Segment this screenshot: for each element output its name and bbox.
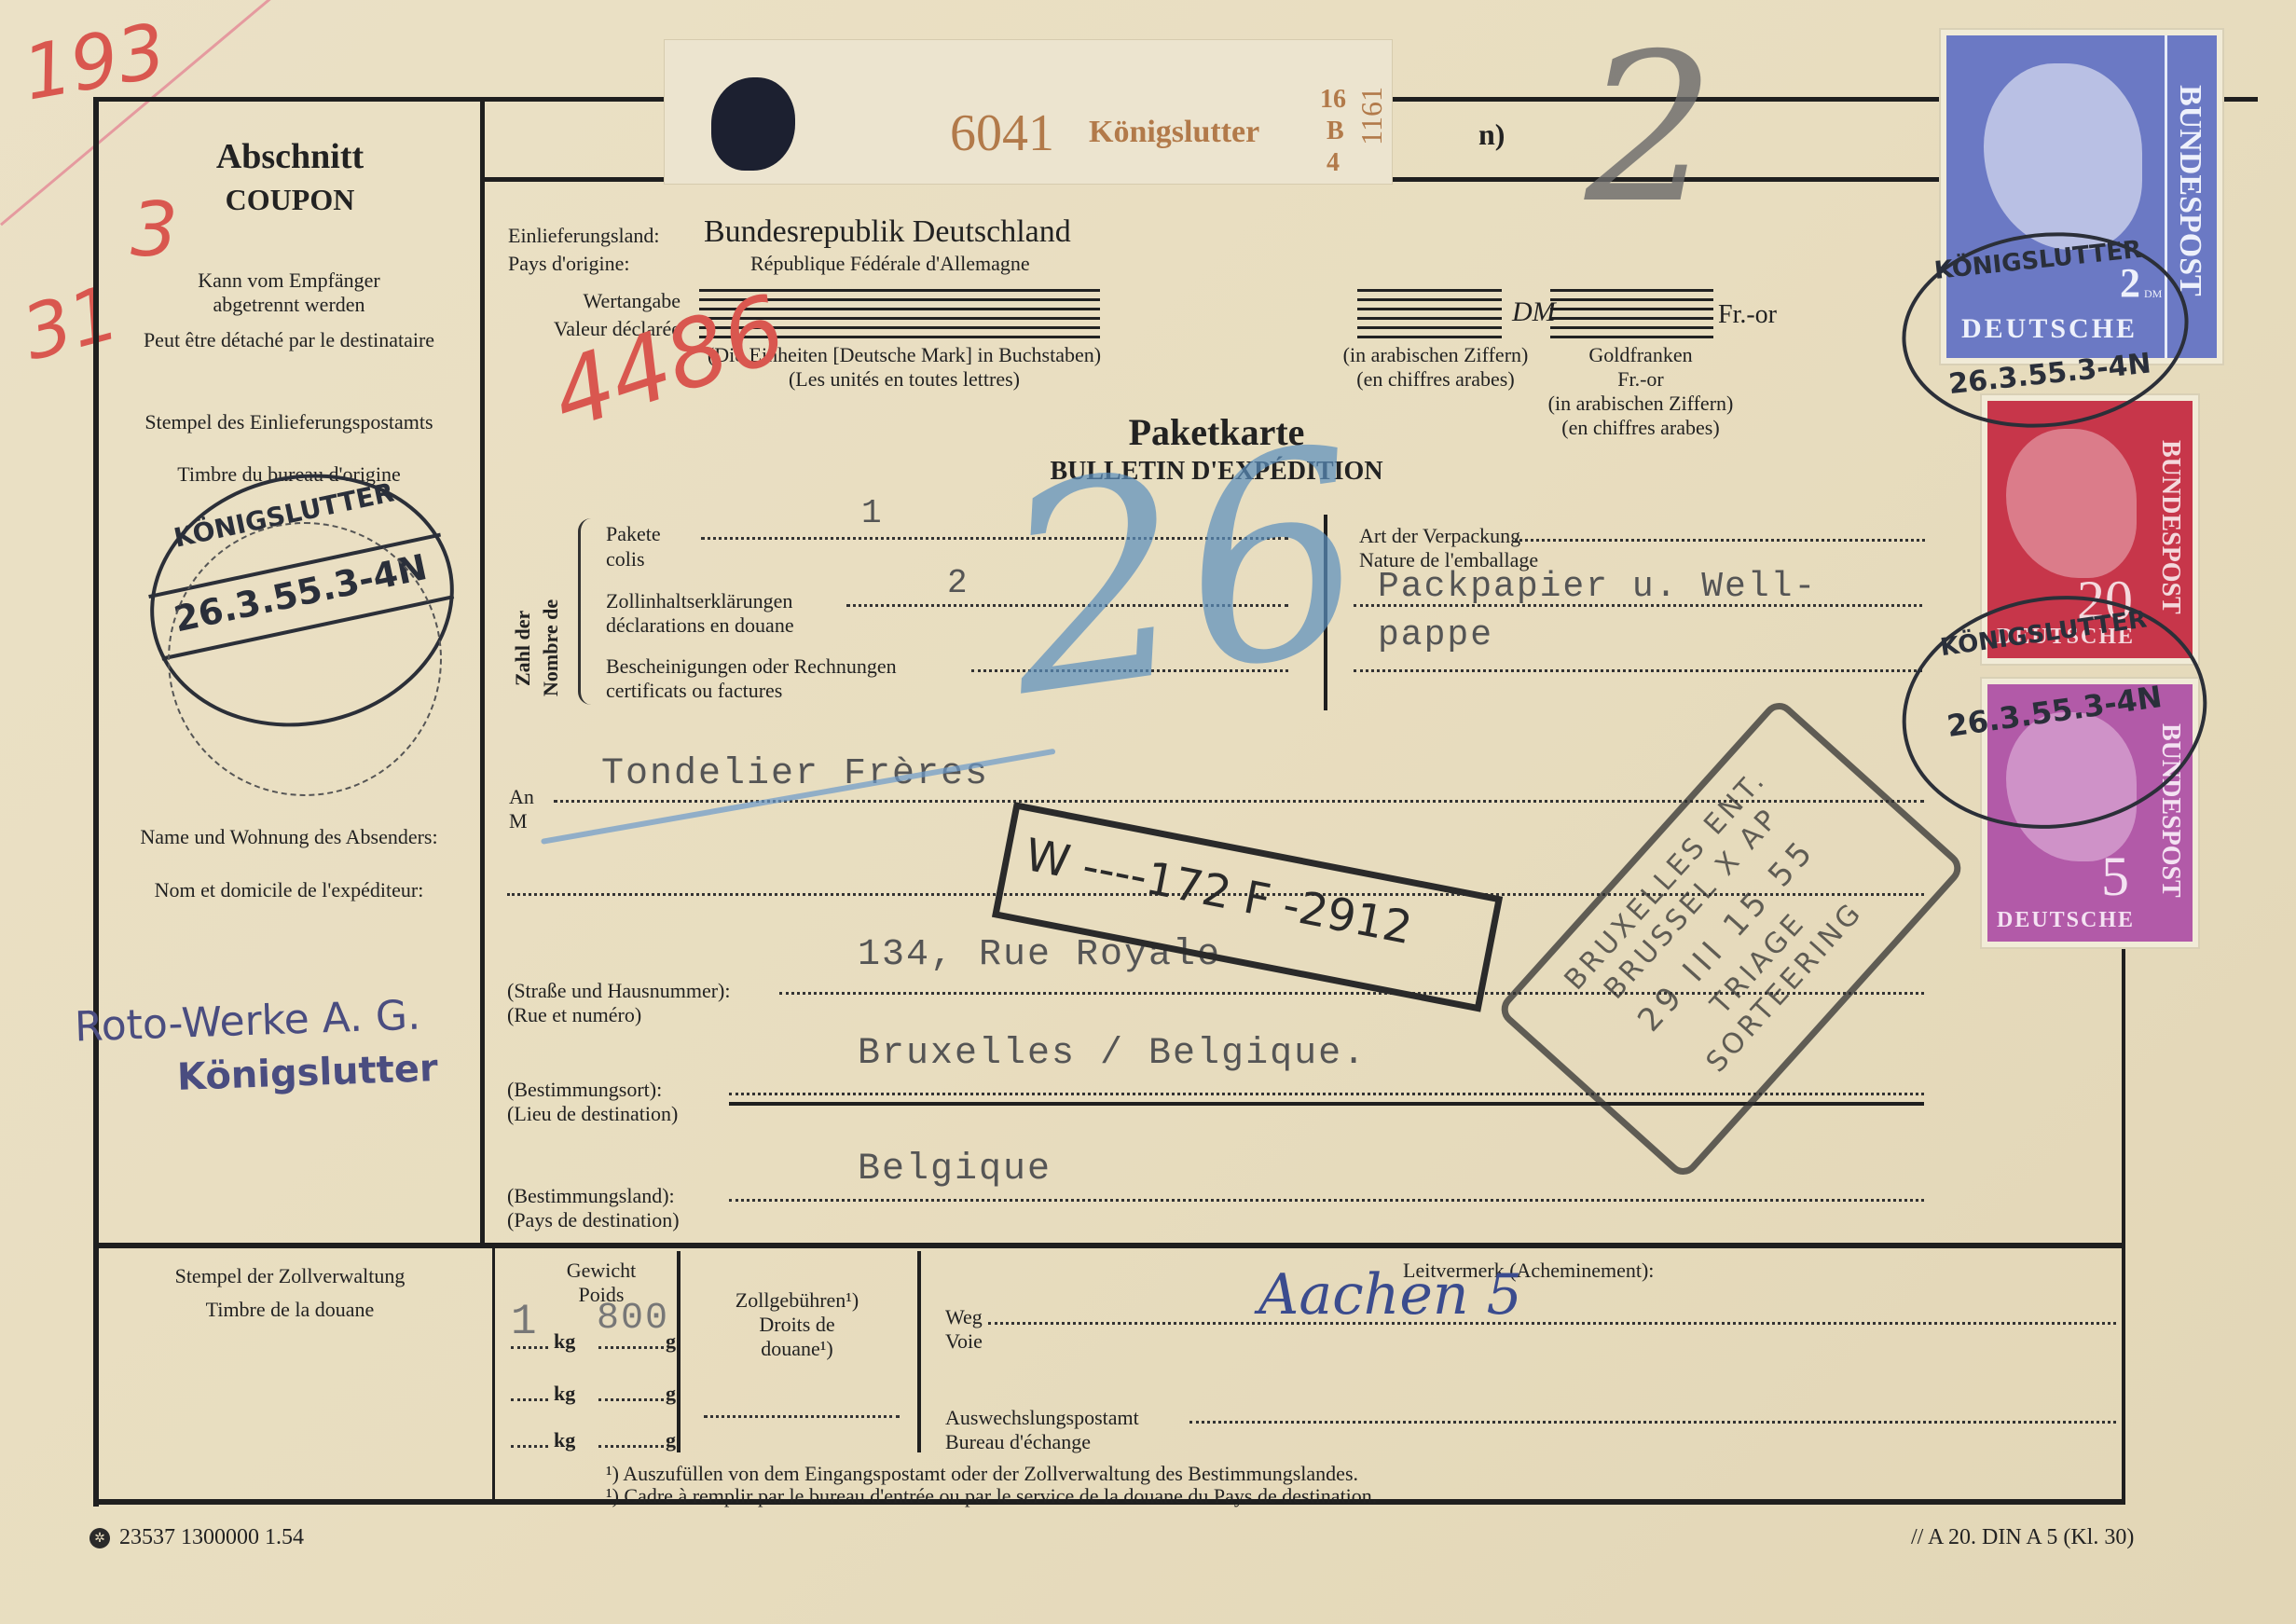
currency-dm: DM: [1512, 296, 1556, 328]
counts-brace: [578, 518, 594, 705]
printer-mark-icon: ✲: [89, 1528, 110, 1548]
recipient-place: Bruxelles / Belgique.: [858, 1033, 1367, 1075]
stamp-postmark-city: KÖNIGSLUTTER: [1894, 599, 2193, 668]
customs-stamp-label-de: Stempel der Zollverwaltung: [99, 1264, 481, 1288]
transit-box-stamp: W ----172 F -2912: [992, 802, 1503, 1012]
gold-caption-1: Goldfranken: [1529, 343, 1753, 367]
frame-left: [93, 99, 99, 1507]
kg-unit: kg: [554, 1382, 575, 1406]
kg-field[interactable]: [511, 1445, 548, 1448]
way-value: Aachen 5: [1258, 1262, 1522, 1328]
stamp-value: 5: [2101, 845, 2129, 909]
exchange-field[interactable]: [1189, 1421, 2116, 1424]
origin-label-de: Einlieferungsland:: [508, 224, 660, 248]
coupon-detach-fr: Peut être détaché par le destinataire: [140, 328, 438, 352]
g-unit: g: [666, 1329, 676, 1354]
g-field[interactable]: [598, 1445, 664, 1448]
packaging-field-line-3[interactable]: [1354, 669, 1922, 672]
sender-city: Königslutter: [176, 1047, 438, 1099]
coupon-heading-fr: COUPON: [99, 183, 481, 217]
street-label-fr: (Rue et numéro): [507, 1003, 641, 1027]
coupon-stamp-label-de: Stempel des Einlieferungspostamts: [140, 410, 438, 434]
red-annotation-left: 31: [14, 268, 128, 377]
footnote-fr: ¹) Cadre à remplir par le bureau d'entré…: [606, 1484, 1377, 1508]
sender-label-fr: Nom et domicile de l'expéditeur:: [103, 878, 475, 902]
stamp-country: DEUTSCHE: [1997, 908, 2135, 933]
place-label-fr: (Lieu de destination): [507, 1102, 678, 1126]
g-field[interactable]: [598, 1398, 664, 1401]
label-office: Königslutter: [1089, 115, 1259, 150]
customs-fees-field[interactable]: [704, 1415, 900, 1418]
origin-label-fr: Pays d'origine:: [508, 252, 629, 276]
coupon-heading: Abschnitt: [99, 136, 481, 177]
gold-caption-3: (in arabischen Ziffern): [1529, 392, 1753, 416]
street-label-de: (Straße und Hausnummer):: [507, 979, 731, 1003]
coupon-detach-de: Kann vom Empfänger abgetrennt werden: [158, 268, 419, 317]
count-label-de: Bescheinigungen oder Rechnungen: [606, 654, 897, 679]
packaging-field-line-1[interactable]: [1515, 539, 1925, 542]
weight-g-value: 800: [597, 1298, 669, 1340]
label-code-top: 16: [1320, 85, 1346, 115]
label-serial: 1161: [1354, 87, 1389, 145]
origin-country-de: Bundesrepublik Deutschland: [704, 214, 1071, 250]
g-field[interactable]: [598, 1346, 664, 1349]
count-label-de: Pakete: [606, 522, 661, 546]
brussels-sorting-stamp: BRUXELLES ENT. BRUSSEL X AP 29 III 15 55…: [1494, 696, 1967, 1182]
digits-caption-fr: (en chiffres arabes): [1333, 367, 1538, 392]
packaging-value-2: pappe: [1378, 615, 1493, 655]
origin-country-fr: République Fédérale d'Allemagne: [750, 252, 1030, 276]
blue-pencil-annotation: 26: [986, 387, 1384, 759]
print-code-text: 23537 1300000 1.54: [119, 1525, 304, 1550]
recipient-country: Belgique: [858, 1149, 1052, 1190]
frame-right: [2122, 932, 2125, 1503]
coupon-divider: [480, 99, 485, 1246]
count-label-de: Zollinhaltserklärungen: [606, 589, 792, 613]
registration-label: 6041 Königslutter 16 B 4 1161: [664, 39, 1393, 185]
g-unit: g: [666, 1382, 676, 1406]
form-code: // A 20. DIN A 5 (Kl. 30): [1911, 1525, 2134, 1550]
pencil-annotation: 2: [1585, 9, 1715, 248]
kg-unit: kg: [554, 1329, 575, 1354]
count-value: 1: [861, 494, 884, 532]
exchange-label-de: Auswechslungspostamt: [945, 1406, 1139, 1430]
way-label-fr: Voie: [945, 1329, 983, 1354]
count-value: 2: [947, 564, 969, 602]
footnote-de: ¹) Auszufüllen von dem Eingangspostamt o…: [606, 1462, 1358, 1486]
label-number: 6041: [950, 103, 1054, 163]
counts-group-label-fr: Nombre de: [539, 550, 563, 746]
label-code-bottom: 4: [1327, 148, 1340, 178]
kg-field[interactable]: [511, 1346, 548, 1349]
header-suffix: n): [1478, 117, 1505, 152]
exchange-label-fr: Bureau d'échange: [945, 1430, 1091, 1454]
recipient-label-de: An: [509, 785, 534, 809]
packaging-field-line-2[interactable]: [1354, 604, 1922, 607]
kg-unit: kg: [554, 1428, 575, 1452]
count-label-fr: colis: [606, 547, 645, 571]
fees-label-fr-1: Droits de: [690, 1313, 904, 1337]
gold-caption-4: (en chiffres arabes): [1529, 416, 1753, 440]
count-label-fr: certificats ou factures: [606, 679, 782, 703]
customs-divider-3: [917, 1251, 921, 1452]
place-label-de: (Bestimmungsort):: [507, 1078, 662, 1102]
counts-group-label-de: Zahl der: [511, 569, 535, 727]
weight-kg-value: 1: [511, 1298, 539, 1346]
g-unit: g: [666, 1428, 676, 1452]
customs-section-rule: [93, 1243, 2125, 1248]
customs-divider-2: [677, 1251, 681, 1452]
stamp-postmark-date: 26.3.55.3-4N: [1904, 673, 2205, 750]
postmark-guide-circle: [168, 522, 442, 796]
sender-label-de: Name und Wohnung des Absenders:: [140, 825, 438, 849]
ink-blot: [711, 77, 795, 171]
print-code: ✲ 23537 1300000 1.54: [89, 1525, 304, 1550]
gold-caption-2: Fr.-or: [1529, 367, 1753, 392]
currency-gold-franc: Fr.-or: [1718, 300, 1777, 330]
parcel-card: 193 3 31 Abschnitt COUPON Kann vom Empfä…: [0, 0, 2296, 1624]
stamp-postmark-city: KÖNIGSLUTTER: [1897, 232, 2178, 289]
customs-stamp-label-fr: Timbre de la douane: [99, 1298, 481, 1322]
packaging-label-de: Art der Verpackung: [1359, 524, 1520, 548]
country-label-de: (Bestimmungsland):: [507, 1184, 675, 1208]
sender-name: Roto-Werke A. G.: [74, 992, 421, 1052]
digits-caption-de: (in arabischen Ziffern): [1333, 343, 1538, 367]
country-label-fr: (Pays de destination): [507, 1208, 680, 1232]
country-line[interactable]: [729, 1199, 1924, 1202]
fees-label-fr-2: douane¹): [690, 1337, 904, 1361]
label-code-mid: B: [1327, 117, 1344, 146]
fees-label-de: Zollgebühren¹): [690, 1288, 904, 1313]
way-label-de: Weg: [945, 1305, 983, 1329]
declared-value-digits-field[interactable]: [1357, 289, 1502, 345]
kg-field[interactable]: [511, 1398, 548, 1401]
recipient-label-fr: M: [509, 809, 528, 833]
packaging-value-1: Packpapier u. Well-: [1378, 567, 1817, 607]
way-field[interactable]: [988, 1322, 2116, 1325]
declared-value-gold-field[interactable]: [1550, 289, 1713, 345]
count-label-fr: déclarations en douane: [606, 613, 794, 638]
